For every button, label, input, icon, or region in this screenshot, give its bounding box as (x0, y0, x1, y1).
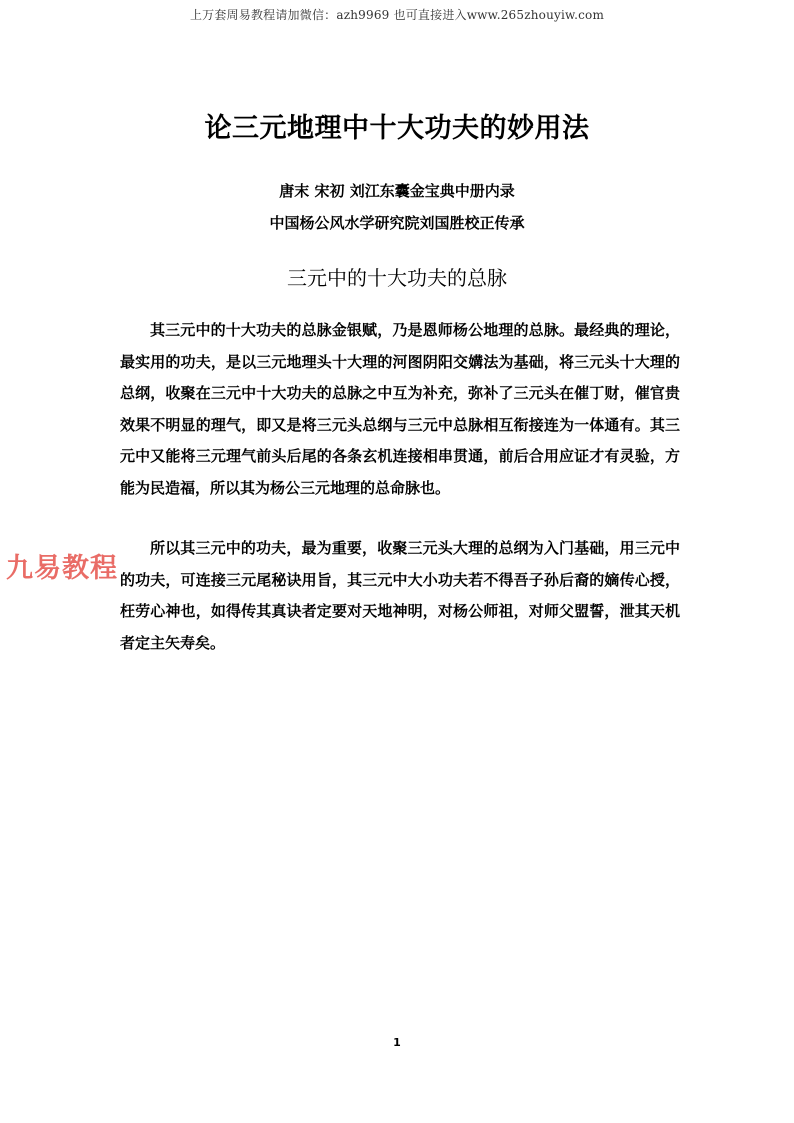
paragraph-2: 所以其三元中的功夫，最为重要，收聚三元头大理的总纲为入门基础，用三元中的功夫，可… (120, 533, 680, 659)
document-title: 论三元地理中十大功夫的妙用法 (0, 106, 794, 145)
header-banner: 上万套周易教程请加微信：azh9969 也可直接进入www.265zhouyiw… (0, 6, 794, 23)
page-number: 1 (0, 1036, 794, 1049)
subtitle-institute: 中国杨公风水学研究院刘国胜校正传承 (0, 212, 794, 233)
watermark-logo: 九易教程 (6, 546, 118, 585)
section-heading: 三元中的十大功夫的总脉 (0, 262, 794, 291)
subtitle-source: 唐末 宋初 刘江东囊金宝典中册内录 (0, 180, 794, 201)
paragraph-1: 其三元中的十大功夫的总脉金银赋，乃是恩师杨公地理的总脉。最经典的理论，最实用的功… (120, 315, 680, 504)
